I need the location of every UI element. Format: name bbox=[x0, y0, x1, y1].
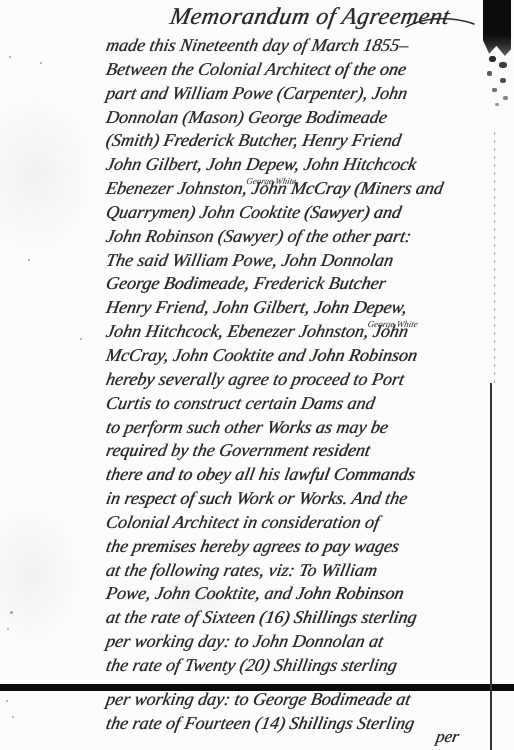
manuscript-line: Donnolan (Mason) George Bodimeade bbox=[104, 106, 508, 130]
manuscript-line: hereby severally agree to proceed to Por… bbox=[104, 368, 508, 392]
catchword: per bbox=[434, 727, 460, 747]
manuscript-line: John Robinson (Sawyer) of the other part… bbox=[104, 225, 508, 249]
manuscript-line: Between the Colonial Architect of the on… bbox=[104, 58, 508, 82]
paper-speck bbox=[80, 338, 82, 340]
manuscript-body: made this Nineteenth day of March 1855–B… bbox=[106, 34, 506, 735]
manuscript-line: to perform such other Works as may be bbox=[104, 416, 508, 440]
paper-speck bbox=[9, 56, 11, 58]
interline-insertion: George White bbox=[245, 177, 296, 186]
margin-rule-faint bbox=[494, 132, 495, 383]
manuscript-line: made this Nineteenth day of March 1855– bbox=[104, 34, 508, 58]
scan-shading bbox=[0, 500, 85, 650]
manuscript-line: John Hitchcock, Ebenezer Johnston,George… bbox=[104, 320, 508, 344]
manuscript-page: Memorandum of Agreement made this Ninete… bbox=[0, 0, 514, 750]
scan-shading bbox=[0, 90, 100, 260]
manuscript-line: Curtis to construct certain Dams and bbox=[104, 392, 508, 416]
manuscript-line: George Bodimeade, Frederick Butcher bbox=[104, 272, 508, 296]
manuscript-line: at the rate of Sixteen (16) Shillings st… bbox=[104, 606, 508, 630]
manuscript-line: The said William Powe, John Donnolan bbox=[104, 249, 508, 273]
paper-speck bbox=[28, 259, 30, 261]
manuscript-line: required by the Government resident bbox=[104, 439, 508, 463]
manuscript-line: Powe, John Cooktite, and John Robinson bbox=[104, 582, 508, 606]
manuscript-line: there and to obey all his lawful Command… bbox=[104, 463, 508, 487]
paper-speck bbox=[40, 62, 42, 64]
manuscript-line: per working day: to John Donnolan at bbox=[104, 630, 508, 654]
manuscript-line: part and William Powe (Carpenter), John bbox=[104, 82, 508, 106]
paper-speck bbox=[7, 628, 9, 630]
interline-insertion: George White bbox=[367, 320, 418, 329]
margin-rule-line bbox=[490, 383, 492, 750]
scan-artifact-speck bbox=[492, 88, 497, 92]
scan-artifact-speck bbox=[495, 103, 499, 106]
paper-speck bbox=[10, 611, 13, 614]
manuscript-line: at the following rates, viz: To William bbox=[104, 559, 508, 583]
manuscript-line: (Smith) Frederick Butcher, Henry Friend bbox=[104, 129, 508, 153]
paper-speck bbox=[12, 716, 14, 718]
manuscript-line: Quarrymen) John Cooktite (Sawyer) and bbox=[104, 201, 508, 225]
manuscript-line: Colonial Architect in consideration of bbox=[104, 511, 508, 535]
separator-line bbox=[0, 684, 514, 691]
manuscript-line: McCray, John Cooktite and John Robinson bbox=[104, 344, 508, 368]
title-flourish-icon bbox=[404, 15, 476, 31]
manuscript-line: in respect of such Work or Works. And th… bbox=[104, 487, 508, 511]
scan-artifact-speck bbox=[503, 96, 508, 100]
manuscript-line: the premises hereby agrees to pay wages bbox=[104, 535, 508, 559]
manuscript-line: John Gilbert, John Depew, John Hitchcock bbox=[104, 153, 508, 177]
scan-artifact-speck bbox=[499, 62, 507, 68]
scan-artifact-speck bbox=[489, 56, 496, 62]
manuscript-line: Ebenezer Johnston,George White John McCr… bbox=[104, 177, 508, 201]
scan-artifact-speck bbox=[487, 71, 492, 76]
manuscript-line: per working day: to George Bodimeade at bbox=[104, 688, 508, 712]
manuscript-line: Henry Friend, John Gilbert, John Depew, bbox=[104, 296, 508, 320]
manuscript-line: the rate of Twenty (20) Shillings sterli… bbox=[104, 654, 508, 678]
scan-artifact-speck bbox=[500, 78, 506, 83]
paper-speck bbox=[6, 700, 8, 702]
